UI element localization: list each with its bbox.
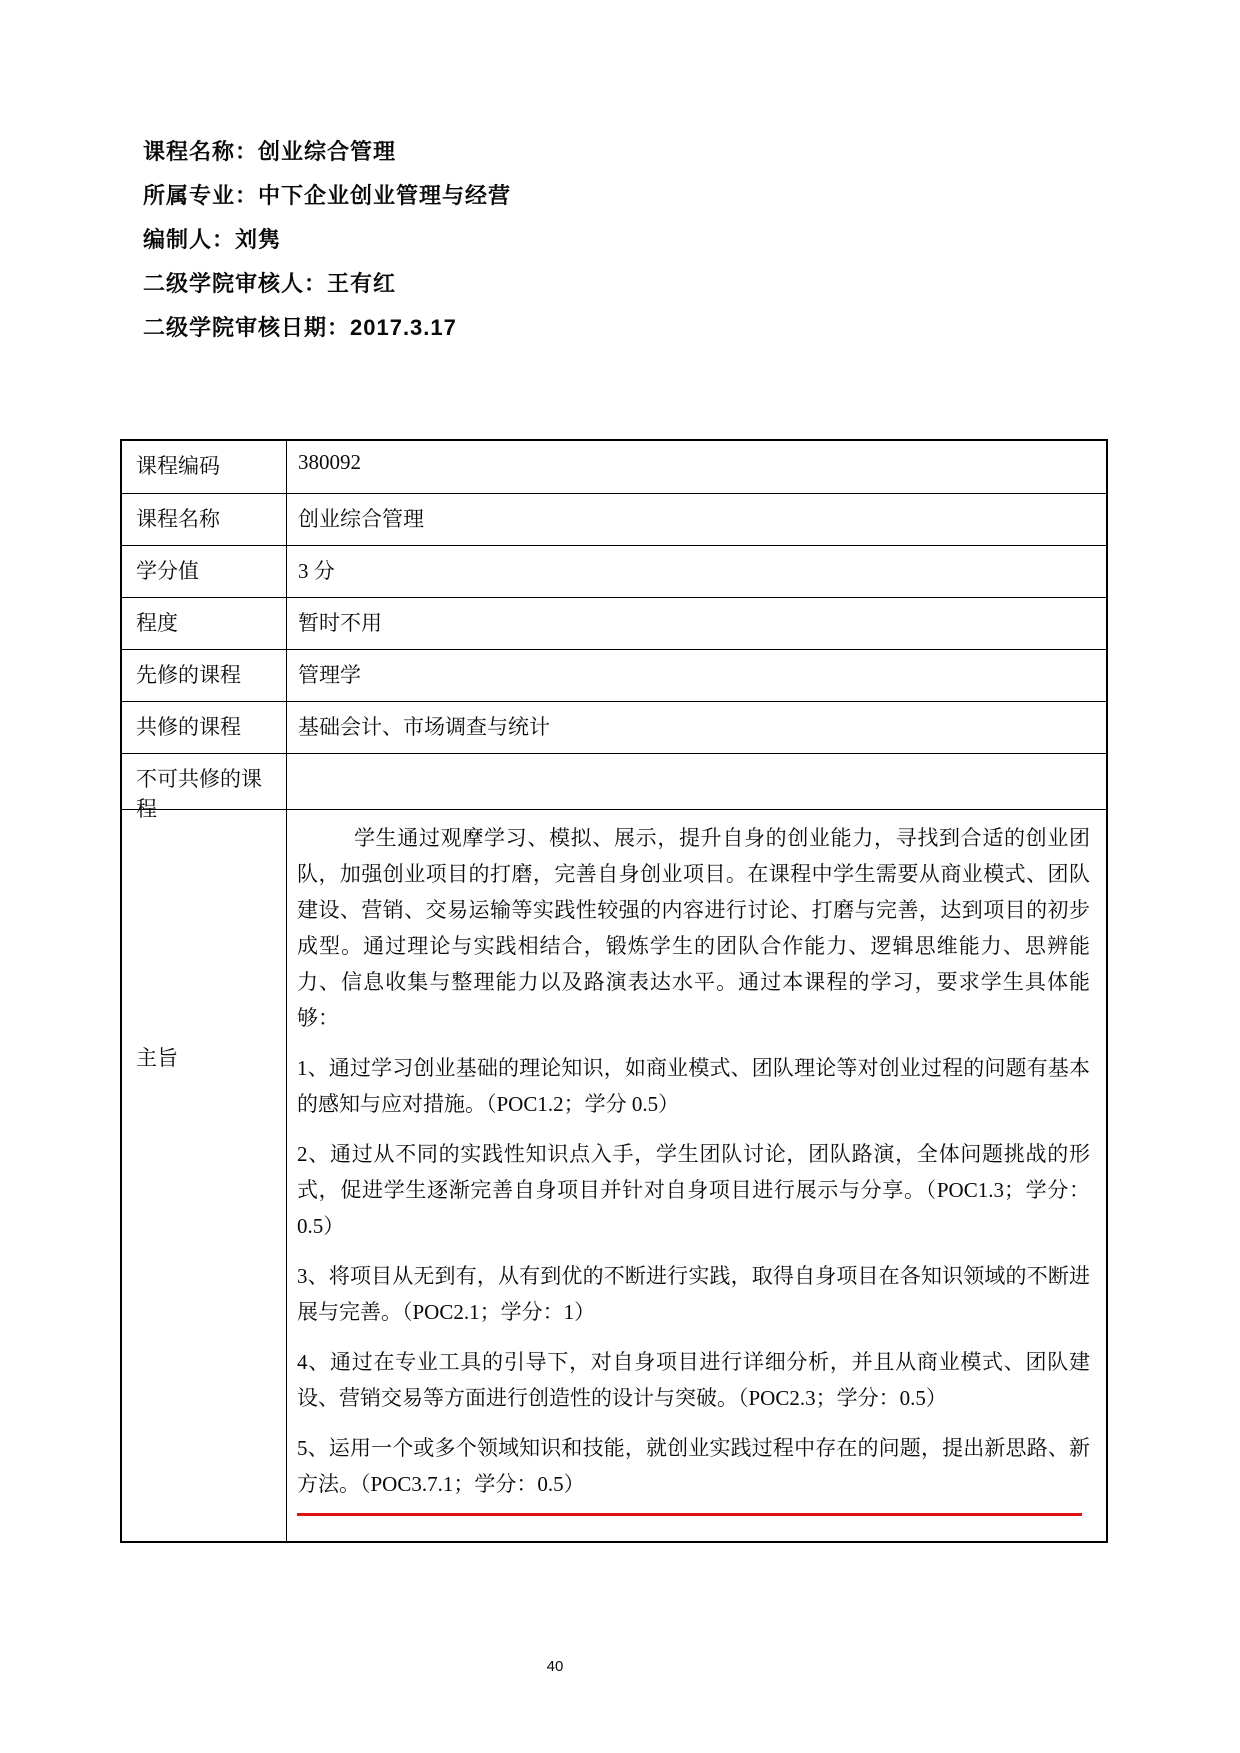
table-row-course-name: 课程名称 创业综合管理 [122,493,1106,545]
purpose-item-2: 2、通过从不同的实践性知识点入手，学生团队讨论，团队路演，全体问题挑战的形式，促… [297,1136,1090,1244]
row-label: 共修的课程 [122,702,287,753]
row-value: 3 分 [287,546,1106,597]
table-row-level: 程度 暂时不用 [122,597,1106,649]
row-label: 不可共修的课程 [122,754,287,809]
table-row-purpose: 主旨 学生通过观摩学习、模拟、展示，提升自身的创业能力，寻找到合适的创业团队，加… [122,809,1106,1541]
purpose-item-5: 5、运用一个或多个领域知识和技能，就创业实践过程中存在的问题，提出新思路、新方法… [297,1430,1090,1502]
row-value: 管理学 [287,650,1106,701]
row-label: 课程编码 [122,441,287,493]
table-row-corequisite-courses: 共修的课程 基础会计、市场调查与统计 [122,701,1106,753]
purpose-item-1: 1、通过学习创业基础的理论知识，如商业模式、团队理论等对创业过程的问题有基本的感… [297,1050,1090,1122]
row-value: 380092 [287,441,1106,493]
table-row-credits: 学分值 3 分 [122,545,1106,597]
row-label: 课程名称 [122,494,287,545]
row-label: 程度 [122,598,287,649]
row-value [287,754,1106,809]
row-value: 基础会计、市场调查与统计 [287,702,1106,753]
document-page: 课程名称：创业综合管理 所属专业：中下企业创业管理与经营 编制人：刘隽 二级学院… [0,0,1240,1753]
purpose-item-4: 4、通过在专业工具的引导下，对自身项目进行详细分析，并且从商业模式、团队建设、营… [297,1344,1090,1416]
row-value: 暂时不用 [287,598,1106,649]
page-number: 40 [120,1658,990,1675]
header-line-major: 所属专业：中下企业创业管理与经营 [143,174,511,218]
red-underline [297,1513,1082,1516]
purpose-item-3: 3、将项目从无到有，从有到优的不断进行实践，取得自身项目在各知识领域的不断进展与… [297,1258,1090,1330]
document-header: 课程名称：创业综合管理 所属专业：中下企业创业管理与经营 编制人：刘隽 二级学院… [143,130,511,350]
purpose-intro-paragraph: 学生通过观摩学习、模拟、展示，提升自身的创业能力，寻找到合适的创业团队，加强创业… [297,820,1090,1036]
course-info-table: 课程编码 380092 课程名称 创业综合管理 学分值 3 分 程度 暂时不用 … [120,439,1108,1543]
header-line-author: 编制人：刘隽 [143,218,511,262]
row-label: 学分值 [122,546,287,597]
purpose-content: 学生通过观摩学习、模拟、展示，提升自身的创业能力，寻找到合适的创业团队，加强创业… [287,810,1106,1541]
row-value: 创业综合管理 [287,494,1106,545]
header-line-review-date: 二级学院审核日期：2017.3.17 [143,306,511,350]
row-label: 先修的课程 [122,650,287,701]
table-row-prerequisite-courses: 先修的课程 管理学 [122,649,1106,701]
table-row-incompatible-courses: 不可共修的课程 [122,753,1106,809]
table-row-course-code: 课程编码 380092 [122,441,1106,493]
row-label: 主旨 [122,810,287,1541]
header-line-reviewer: 二级学院审核人：王有红 [143,262,511,306]
header-line-course-name: 课程名称：创业综合管理 [143,130,511,174]
